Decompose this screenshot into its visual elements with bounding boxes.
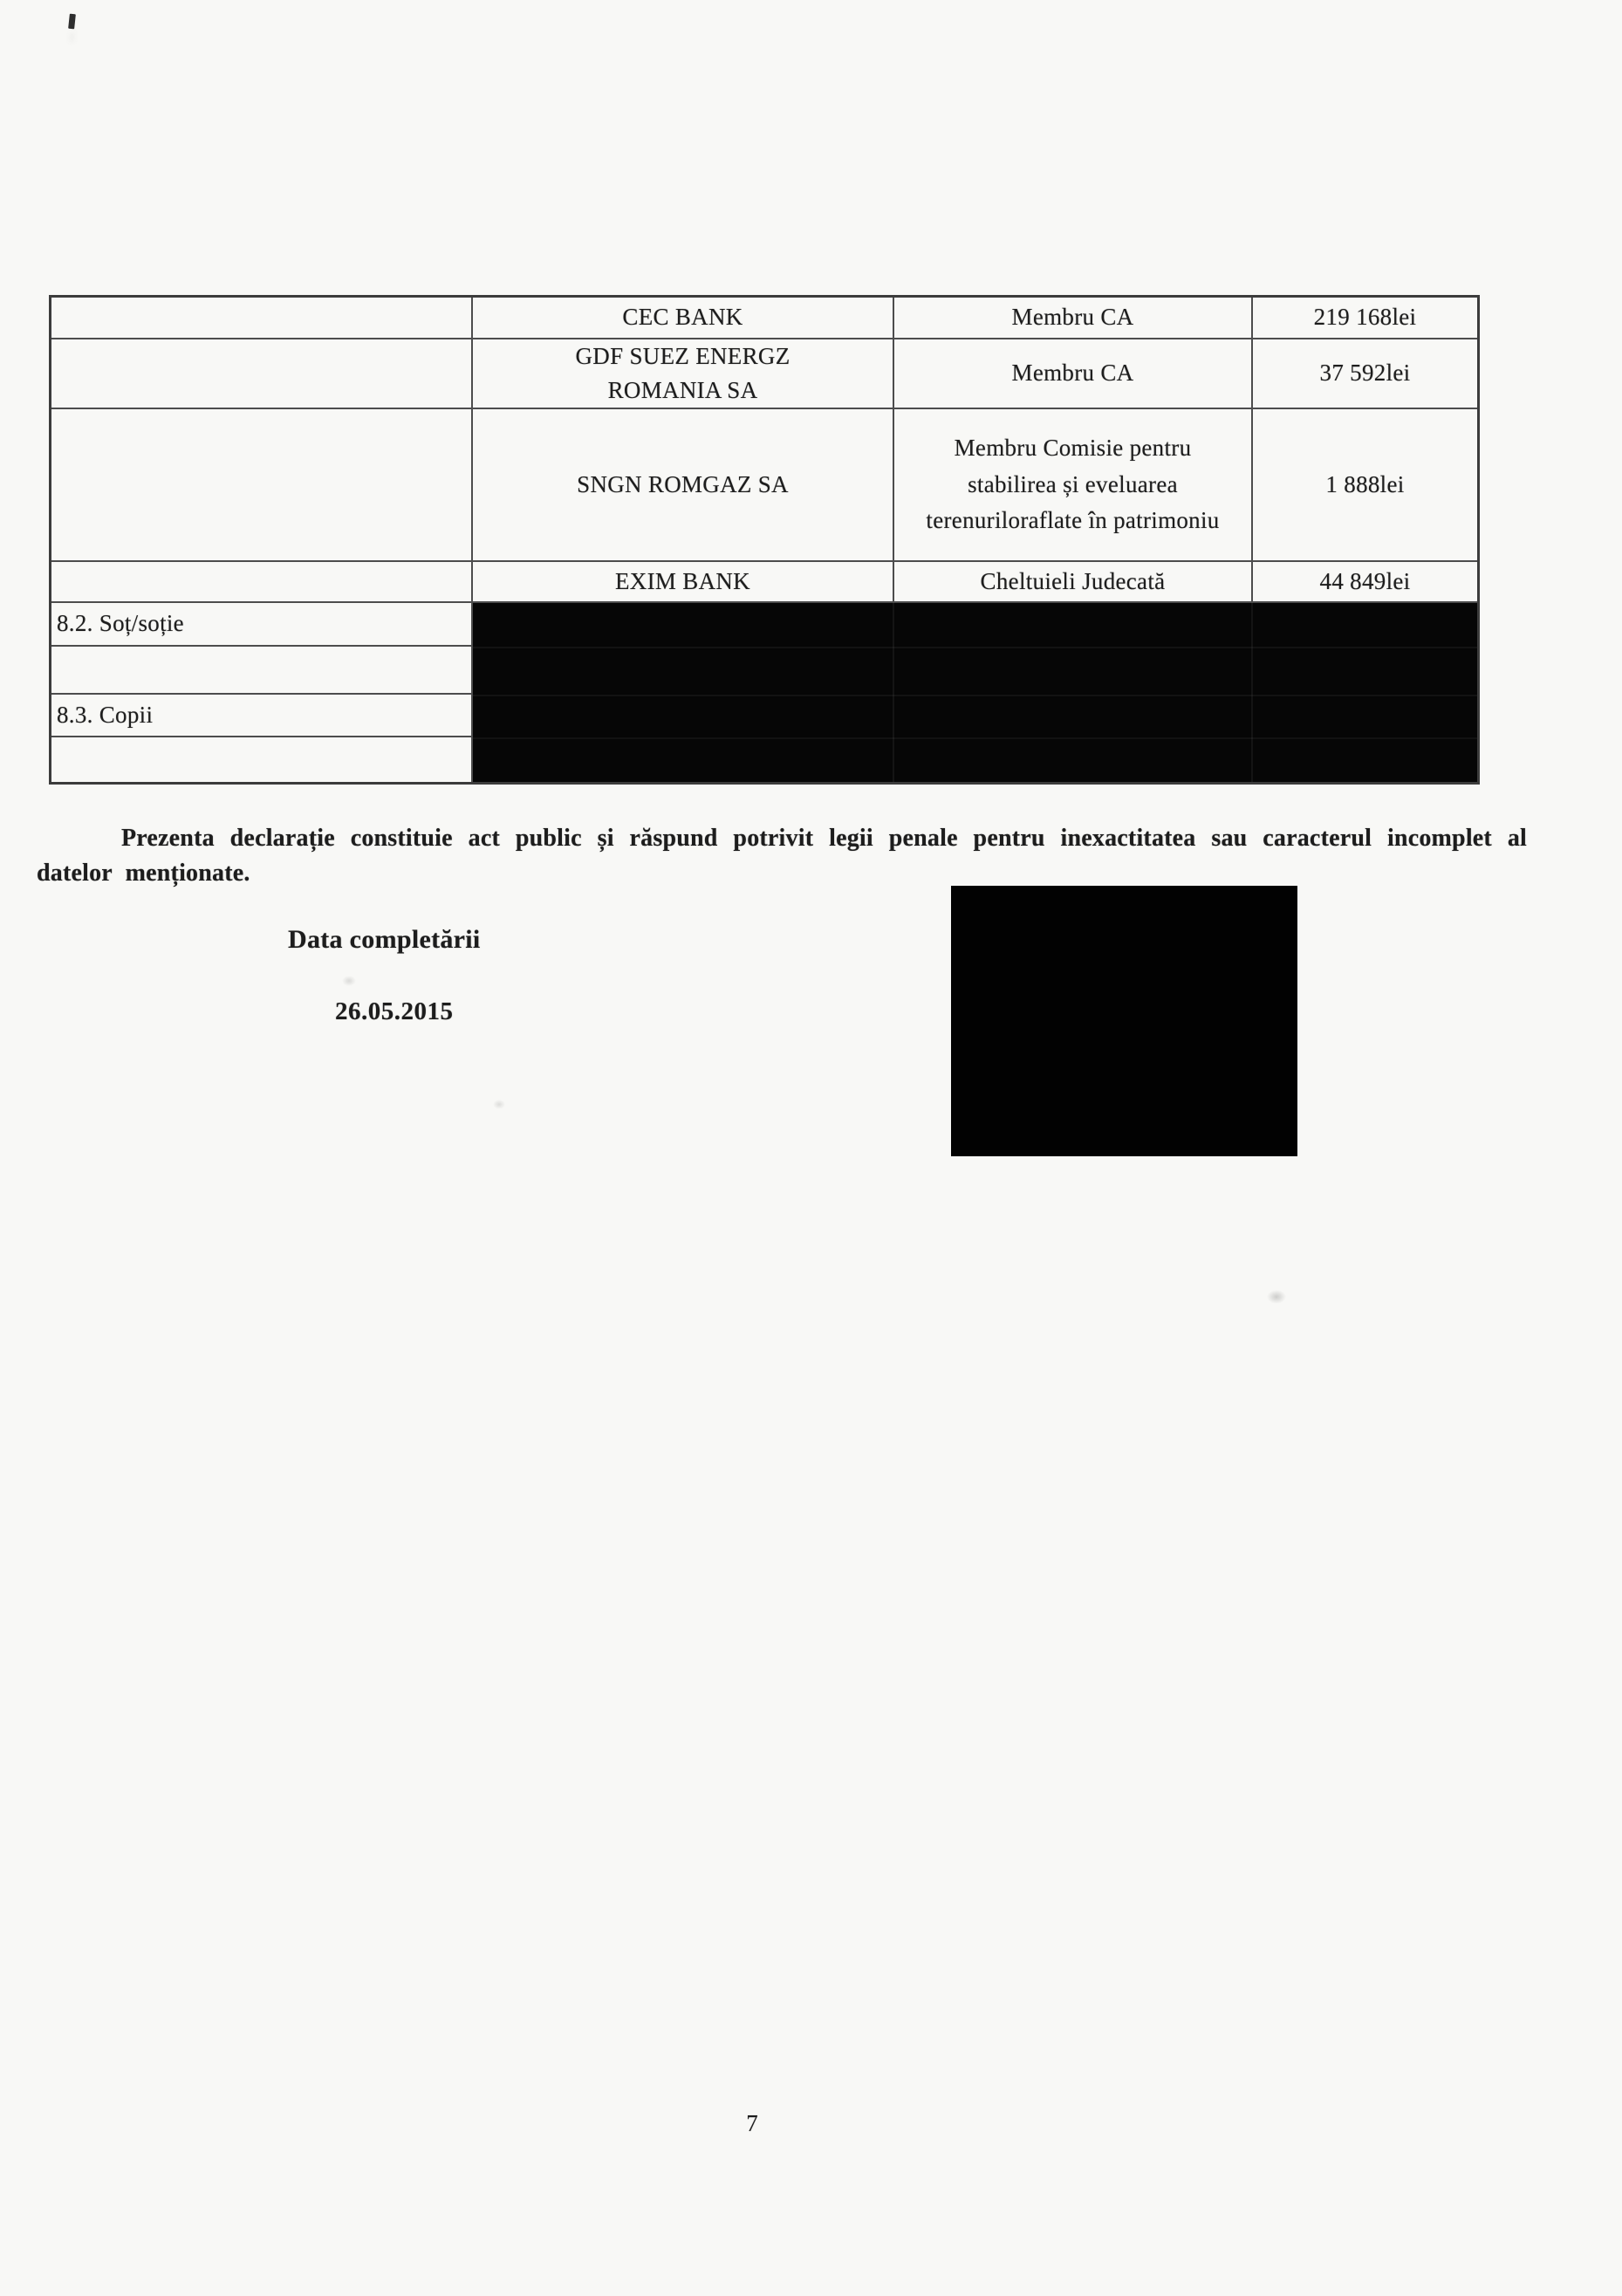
page-number: 7: [733, 2110, 771, 2137]
amount-cell: 44 849lei: [1253, 562, 1477, 603]
redacted-column-divider: [1251, 603, 1253, 782]
table-cell-empty: [51, 298, 473, 339]
table-cell-empty: [51, 409, 473, 562]
scan-artifact-mark: [68, 14, 76, 30]
role-cell: Membru CA: [894, 339, 1253, 409]
table-cell-empty: [51, 737, 473, 782]
scan-speck: [493, 1100, 505, 1109]
company-cell: EXIM BANK: [473, 562, 894, 603]
role-cell: Cheltuieli Judecată: [894, 562, 1253, 603]
completion-date-value: 26.05.2015: [335, 997, 454, 1026]
table-cell-empty: [51, 339, 473, 409]
section-label-copii: 8.3. Copii: [51, 695, 473, 737]
amount-cell: 37 592lei: [1253, 339, 1477, 409]
scanned-declaration-page: CEC BANK Membru CA 219 168lei GDF SUEZ E…: [0, 0, 1622, 2296]
role-cell: Membru CA: [894, 298, 1253, 339]
section-label-sot-sotie: 8.2. Soț/soție: [51, 603, 473, 647]
redacted-signature-box: [951, 886, 1297, 1156]
redacted-column-divider: [893, 603, 894, 782]
declaration-statement: Prezenta declarație constituie act publi…: [37, 821, 1527, 891]
table-cell-empty: [51, 647, 473, 695]
company-cell: CEC BANK: [473, 298, 894, 339]
company-cell: GDF SUEZ ENERGZ ROMANIA SA: [473, 339, 894, 409]
role-cell: Membru Comisie pentru stabilirea și evel…: [894, 409, 1253, 562]
completion-date-label: Data completării: [288, 925, 481, 955]
income-table: CEC BANK Membru CA 219 168lei GDF SUEZ E…: [49, 295, 1480, 785]
company-cell: SNGN ROMGAZ SA: [473, 409, 894, 562]
redacted-row-divider: [473, 695, 1477, 696]
amount-cell: 219 168lei: [1253, 298, 1477, 339]
scan-speck: [342, 976, 356, 986]
redacted-row-divider: [473, 647, 1477, 648]
scan-speck: [1267, 1290, 1286, 1304]
amount-cell: 1 888lei: [1253, 409, 1477, 562]
redacted-row-divider: [473, 737, 1477, 739]
redacted-table-area: [473, 603, 1477, 782]
table-cell-empty: [51, 562, 473, 603]
